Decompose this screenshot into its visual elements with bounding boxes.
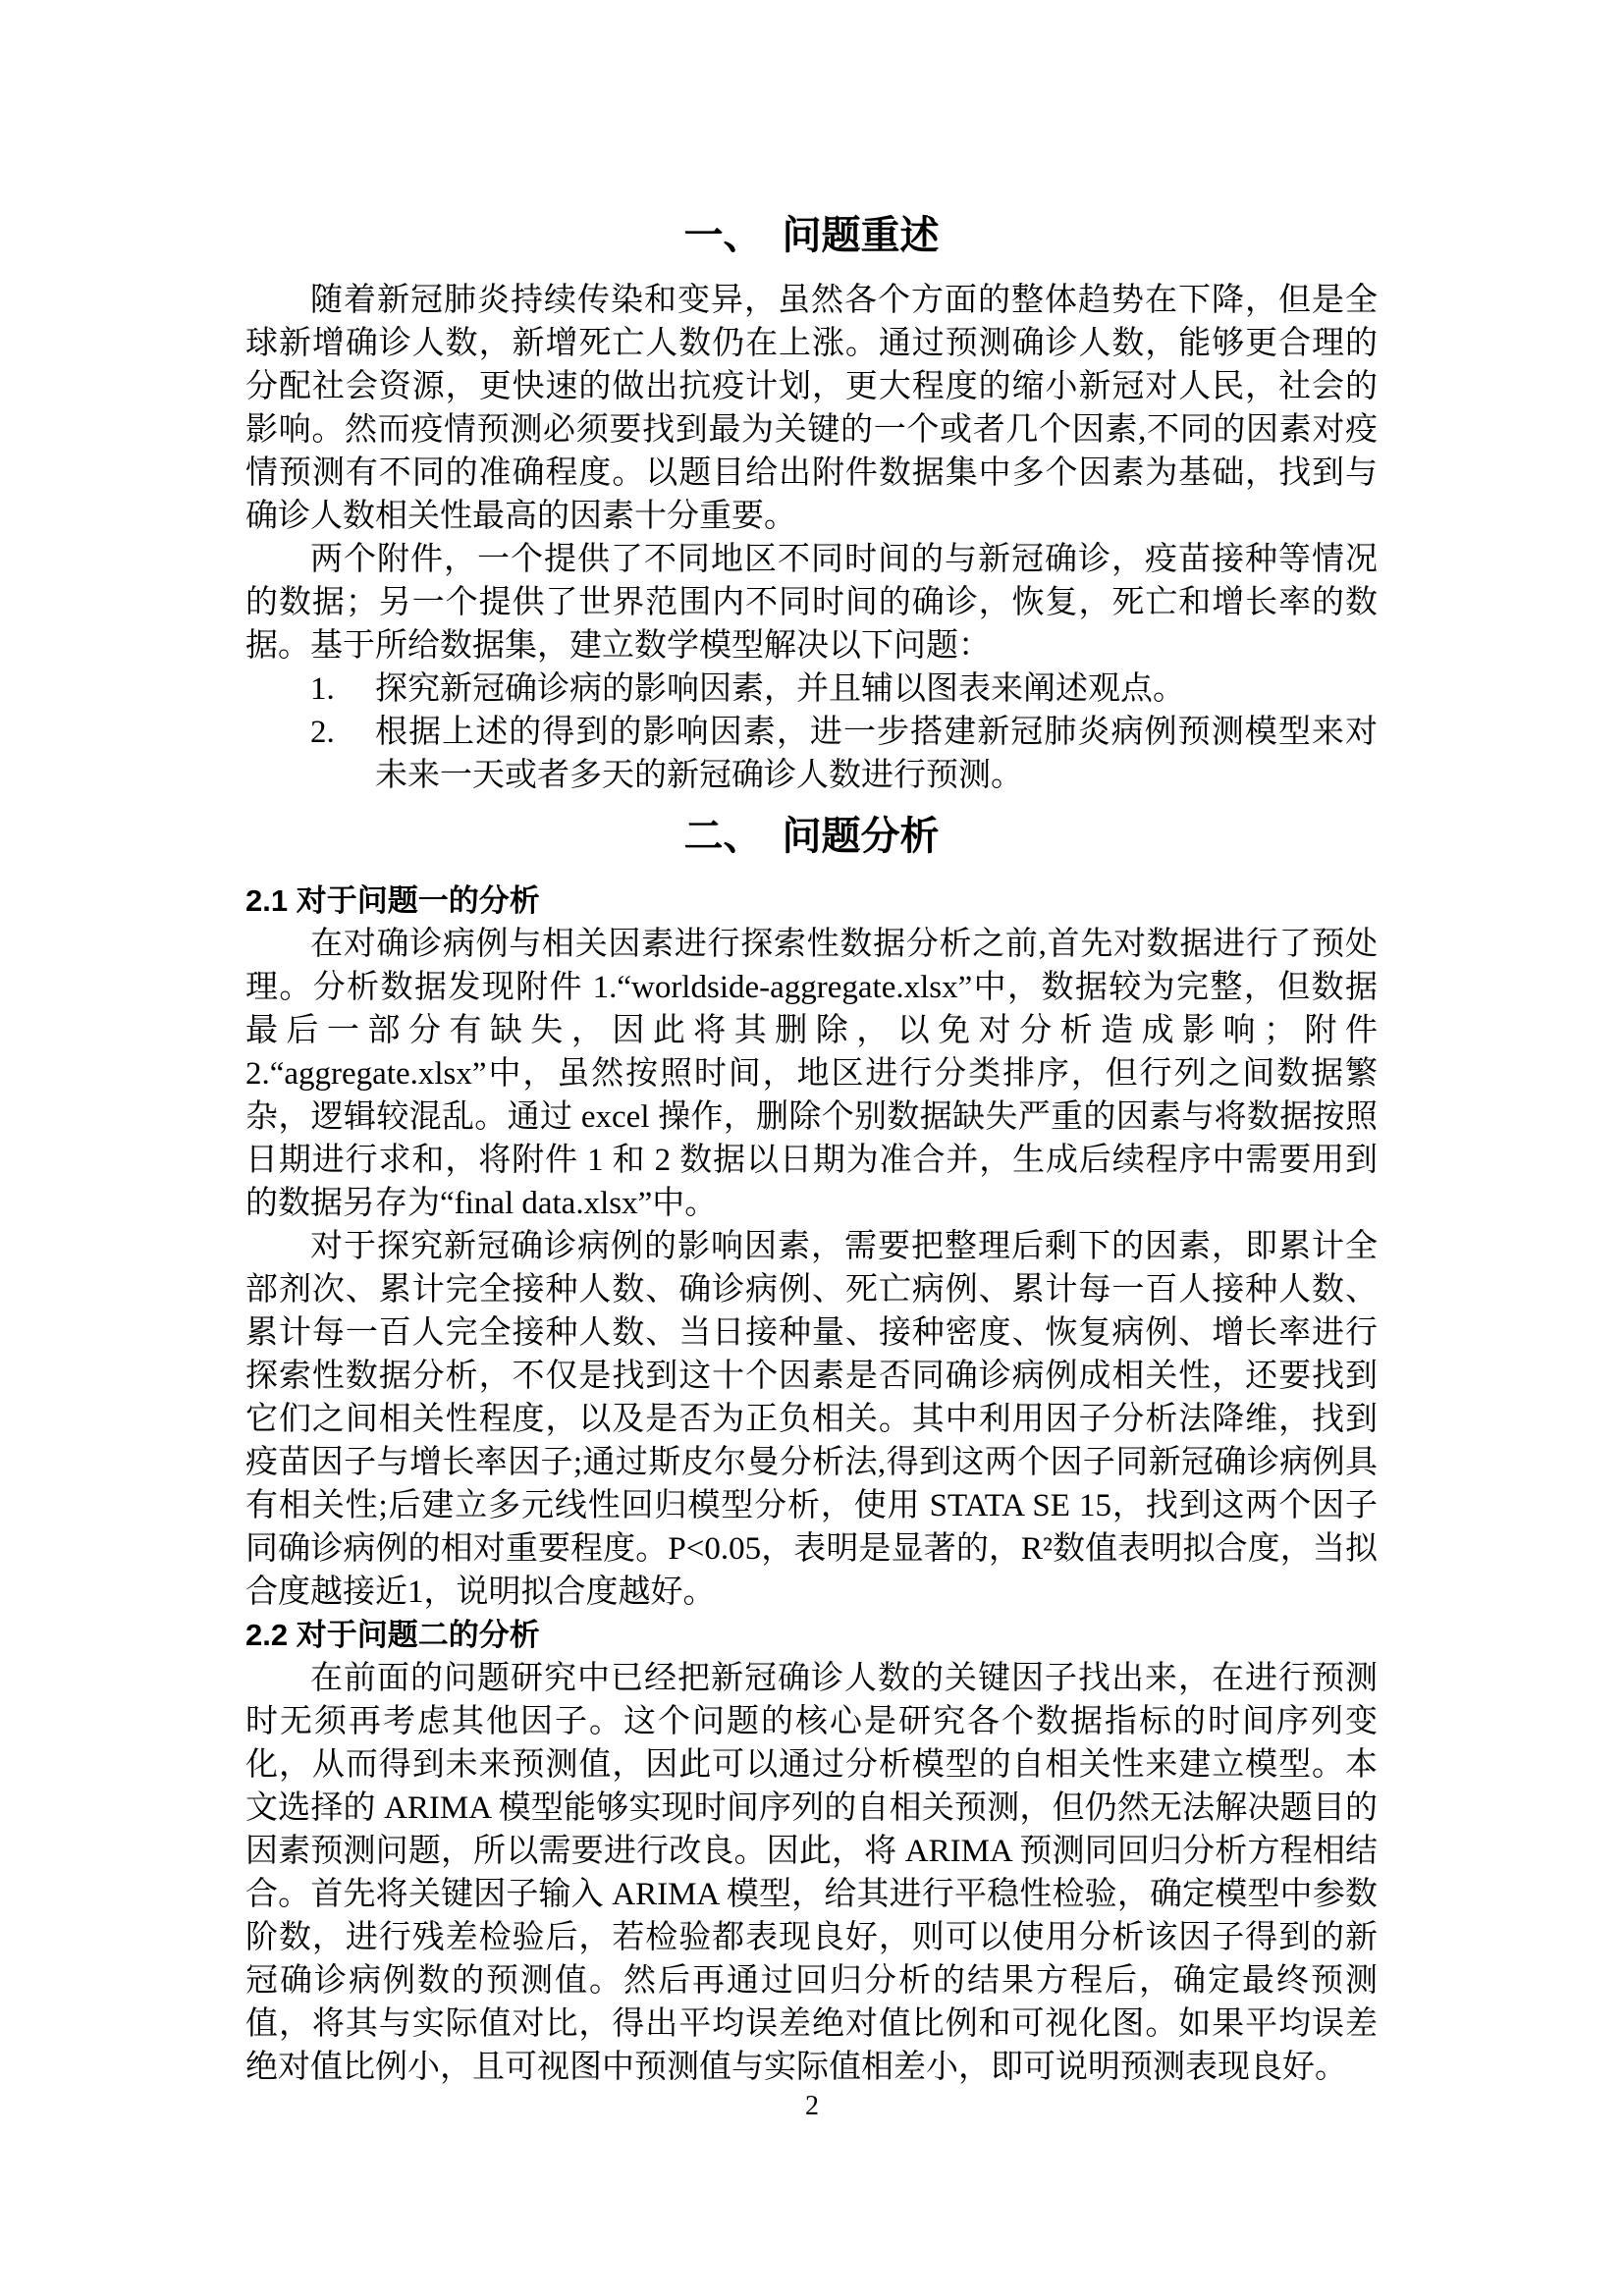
list-item-1: 1. 探究新冠确诊病的影响因素，并且辅以图表来阐述观点。 [245, 667, 1378, 711]
page-number: 2 [0, 2087, 1624, 2126]
section-1-paragraph-2: 两个附件，一个提供了不同地区不同时间的与新冠确诊，疫苗接种等情况的数据；另一个提… [245, 538, 1378, 667]
section-1-paragraph-1: 随着新冠肺炎持续传染和变异，虽然各个方面的整体趋势在下降，但是全球新增确诊人数，… [245, 279, 1378, 538]
list-item-2: 2. 根据上述的得到的影响因素，进一步搭建新冠肺炎病例预测模型来对未来一天或者多… [245, 711, 1378, 797]
section-2-title: 二、 问题分析 [245, 809, 1378, 864]
document-page: 一、 问题重述 随着新冠肺炎持续传染和变异，虽然各个方面的整体趋势在下降，但是全… [0, 0, 1624, 2296]
subsection-2-2-heading: 2.2 对于问题二的分析 [245, 1614, 1378, 1657]
list-item-1-text: 探究新冠确诊病的影响因素，并且辅以图表来阐述观点。 [375, 671, 1185, 707]
subsection-2-1-paragraph-2: 对于探究新冠确诊病例的影响因素，需要把整理后剩下的因素，即累计全部剂次、累计完全… [245, 1225, 1378, 1614]
list-item-1-number: 1. [310, 667, 335, 711]
section-1-title: 一、 问题重述 [245, 208, 1378, 263]
subsection-2-1-heading: 2.1 对于问题一的分析 [245, 880, 1378, 923]
subsection-2-2-paragraph-1: 在前面的问题研究中已经把新冠确诊人数的关键因子找出来，在进行预测时无须再考虑其他… [245, 1657, 1378, 2089]
page-content: 一、 问题重述 随着新冠肺炎持续传染和变异，虽然各个方面的整体趋势在下降，但是全… [245, 0, 1378, 2089]
list-item-2-text: 根据上述的得到的影响因素，进一步搭建新冠肺炎病例预测模型来对未来一天或者多天的新… [375, 715, 1378, 793]
subsection-2-1-paragraph-1: 在对确诊病例与相关因素进行探索性数据分析之前,首先对数据进行了预处理。分析数据发… [245, 923, 1378, 1225]
list-item-2-number: 2. [310, 711, 335, 754]
